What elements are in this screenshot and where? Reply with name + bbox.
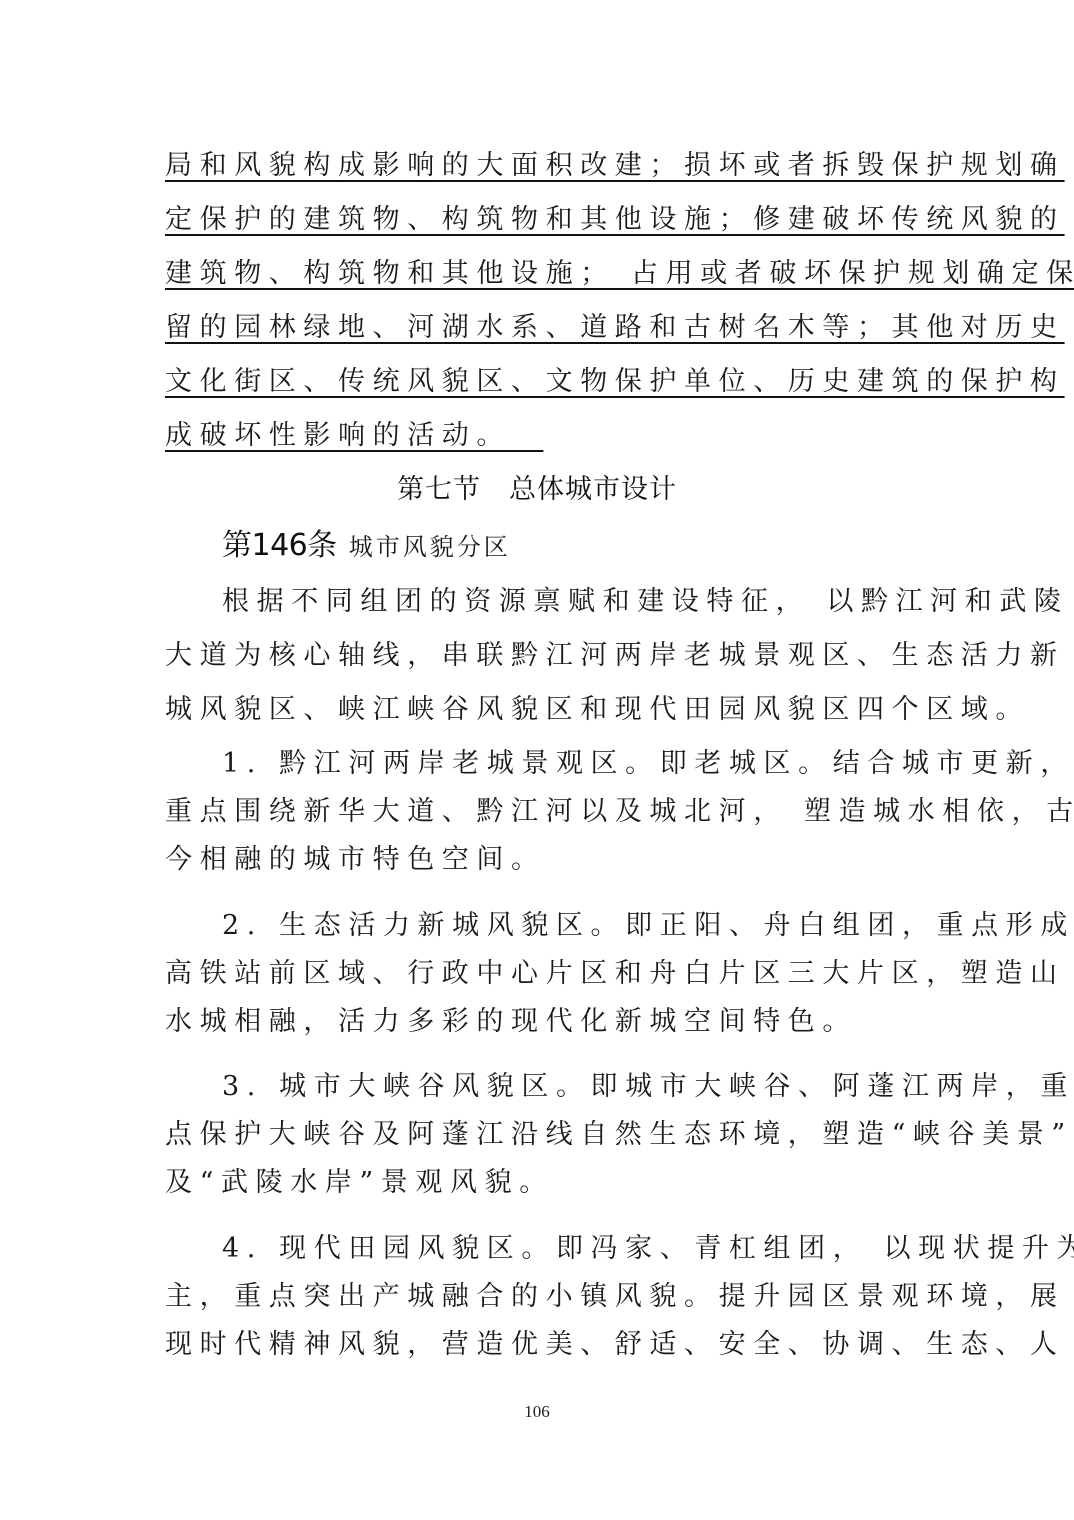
section-number: 第七节 — [397, 474, 481, 505]
text-line: 点保护大峡谷及阿蓬江沿线自然生态环境，塑造“峡谷美景” — [165, 1115, 915, 1155]
text-line: 今相融的城市特色空间。 — [165, 840, 915, 880]
underlined-text: 留的园林绿地、河湖水系、道路和古树名木等；其他对历史 — [165, 312, 1065, 343]
article-heading: 第146条城市风貌分区 — [222, 524, 511, 572]
text-line: 重点围绕新华大道、黔江河以及城北河， 塑造城水相依，古 — [165, 792, 915, 832]
text-line: 高铁站前区域、行政中心片区和舟白片区三大片区，塑造山 — [165, 954, 915, 994]
text-line: 主，重点突出产城融合的小镇风貌。提升园区景观环境，展 — [165, 1277, 915, 1317]
underlined-text: 建筑物、构筑物和其他设施； 占用或者破坏保护规划确定保 — [165, 258, 1074, 289]
text-line: 局和风貌构成影响的大面积改建；损坏或者拆毁保护规划确 — [165, 146, 915, 186]
text-line: 水城相融，活力多彩的现代化新城空间特色。 — [165, 1002, 915, 1042]
text-line: 2. 生态活力新城风貌区。即正阳、舟白组团，重点形成 — [222, 906, 915, 946]
text-line: 大道为核心轴线，串联黔江河两岸老城景观区、生态活力新 — [165, 636, 915, 676]
text-line: 城风貌区、峡江峡谷风貌区和现代田园风貌区四个区域。 — [165, 690, 915, 730]
text-line: 建筑物、构筑物和其他设施； 占用或者破坏保护规划确定保 — [165, 254, 915, 294]
underlined-text: 定保护的建筑物、构筑物和其他设施；修建破坏传统风貌的 — [165, 204, 1065, 235]
document-page: 局和风貌构成影响的大面积改建；损坏或者拆毁保护规划确 定保护的建筑物、构筑物和其… — [0, 0, 1074, 1520]
text-line: 现时代精神风貌，营造优美、舒适、安全、协调、生态、人 — [165, 1325, 915, 1365]
underlined-text: 成破坏性影响的活动。 — [165, 420, 511, 451]
text-line: 1. 黔江河两岸老城景观区。即老城区。结合城市更新， — [222, 744, 915, 784]
text-line: 成破坏性影响的活动。 — [165, 416, 915, 456]
section-title: 总体城市设计 — [509, 474, 677, 505]
text-line: 留的园林绿地、河湖水系、道路和古树名木等；其他对历史 — [165, 308, 915, 348]
text-line: 4. 现代田园风貌区。即冯家、青杠组团， 以现状提升为 — [222, 1229, 915, 1269]
text-line: 文化街区、传统风貌区、文物保护单位、历史建筑的保护构 — [165, 362, 915, 402]
article-title: 城市风貌分区 — [349, 533, 511, 561]
underline-trailing-space — [511, 420, 543, 451]
article-number: 第146条 — [222, 528, 337, 563]
underlined-text: 文化街区、传统风貌区、文物保护单位、历史建筑的保护构 — [165, 366, 1065, 397]
text-line: 根据不同组团的资源禀赋和建设特征， 以黔江河和武陵 — [222, 582, 915, 622]
text-line: 3. 城市大峡谷风貌区。即城市大峡谷、阿蓬江两岸，重 — [222, 1067, 915, 1107]
text-line: 及“武陵水岸”景观风貌。 — [165, 1163, 915, 1203]
text-line: 定保护的建筑物、构筑物和其他设施；修建破坏传统风貌的 — [165, 200, 915, 240]
page-number: 106 — [0, 1402, 1074, 1422]
underlined-text: 局和风貌构成影响的大面积改建；损坏或者拆毁保护规划确 — [165, 150, 1065, 181]
section-heading: 第七节总体城市设计 — [0, 470, 1074, 510]
